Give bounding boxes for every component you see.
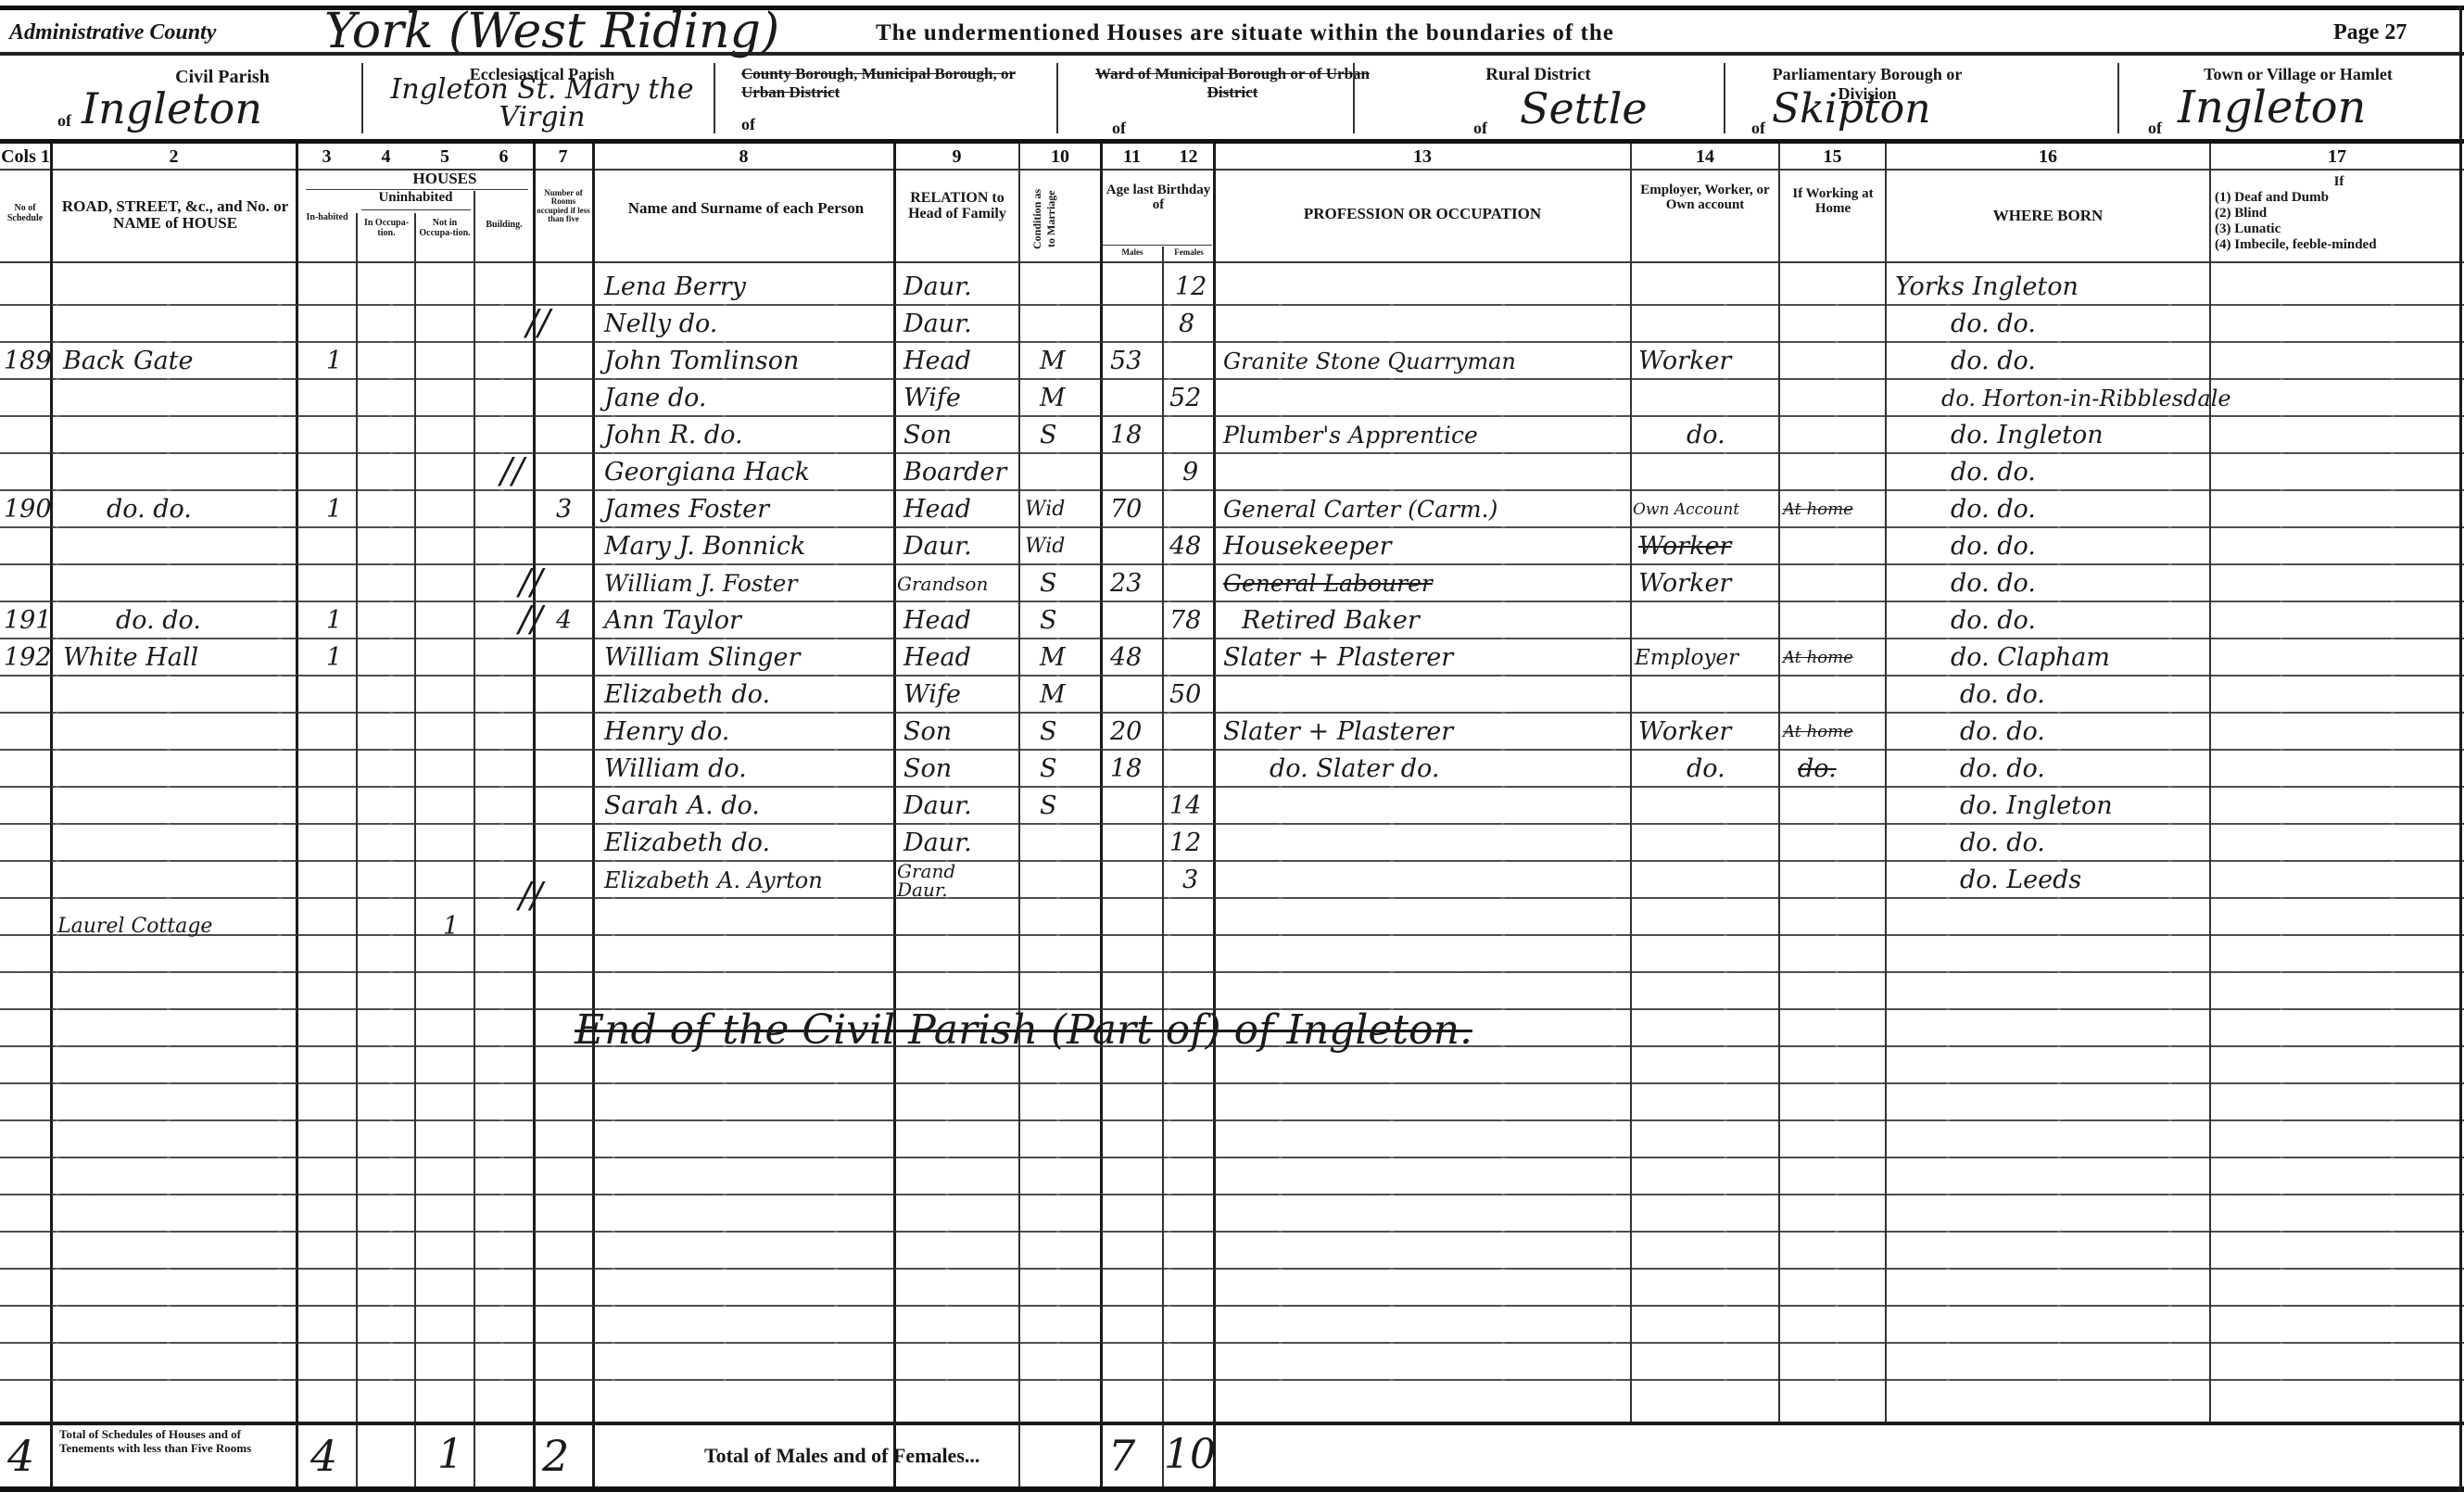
col-number-2: 2 [51, 146, 297, 168]
header-name: Name and Surname of each Person [612, 200, 880, 217]
totals-label: Total of Schedules of Houses and of Tene… [59, 1427, 286, 1455]
age-female: 78 [1169, 602, 1201, 639]
header-not-in-occupation: Not in Occupa-tion. [417, 219, 473, 238]
marital-condition: M [1040, 343, 1066, 380]
inhabited-count: 1 [326, 602, 342, 639]
rooms-count: 4 [556, 602, 572, 639]
col-number-5: 5 [415, 146, 474, 168]
table-row: Georgiana Hack Boarder 9 do. do. [0, 454, 2464, 491]
infirmity-if: If [2215, 174, 2463, 190]
district-value-civil: Ingleton [82, 83, 262, 133]
col-number-16: 16 [1886, 146, 2210, 168]
occupation: do. Slater do. [1270, 751, 1439, 788]
schedule-number: 192 [4, 639, 52, 677]
household-separator-mark: // [500, 450, 524, 491]
header-rooms: Number of Rooms occupied if less than fi… [536, 189, 591, 224]
relation: Son [903, 714, 952, 751]
row-rule [0, 971, 2464, 973]
occupation: General Labourer [1223, 565, 1433, 602]
age-male: 23 [1110, 565, 1142, 602]
employment-status: Worker [1638, 714, 1731, 751]
where-born: do. Clapham [1951, 639, 2110, 677]
relation: Boarder [903, 454, 1006, 491]
house-address: Back Gate [63, 343, 194, 380]
person-name: Jane do. [604, 380, 707, 417]
employment-status: do. [1687, 751, 1725, 788]
col-number-3: 3 [297, 146, 357, 168]
marital-condition: Wid [1025, 491, 1065, 528]
person-name: Georgiana Hack [604, 454, 810, 491]
schedule-number: 189 [4, 343, 52, 380]
person-name: Mary J. Bonnick [604, 528, 805, 565]
district-divider [1056, 63, 1058, 133]
col-number-13: 13 [1214, 146, 1631, 168]
person-name: James Foster [604, 491, 769, 528]
relation: Head [903, 602, 971, 639]
household-separator-mark: // [519, 599, 543, 639]
age-female: 52 [1169, 380, 1201, 417]
where-born: do. do. [1951, 491, 2036, 528]
employment-status: Worker [1638, 565, 1731, 602]
household-separator-mark: // [519, 562, 543, 602]
relation: Head [903, 491, 971, 528]
person-name: John Tomlinson [604, 343, 799, 380]
where-born: do. Horton-in-Ribblesdale [1941, 380, 2231, 417]
title-divider [0, 52, 2464, 56]
district-prefix-town: of [2148, 119, 2162, 138]
occupation: Housekeeper [1223, 528, 1392, 565]
relation: Son [903, 751, 952, 788]
table-row: Elizabeth A. Ayrton Grand Daur. 3 do. Le… [0, 862, 2464, 899]
col-number-8: 8 [593, 146, 894, 168]
col-number-17: 17 [2210, 146, 2464, 168]
relation: Wife [903, 677, 961, 714]
infirmity-4: (4) Imbecile, feeble-minded [2215, 237, 2463, 253]
marital-condition: M [1040, 380, 1066, 417]
header-schedule: No of Schedule [2, 204, 48, 223]
table-row: Sarah A. do. Daur. S 14 do. Ingleton [0, 788, 2464, 825]
employment-status: Worker [1638, 343, 1731, 380]
header-males: Males [1103, 248, 1162, 257]
table-row: William J. Foster Grandson S 23 General … [0, 565, 2464, 602]
header-condition: Condition as to Marriage [1030, 183, 1095, 254]
person-name: Nelly do. [604, 306, 717, 343]
marital-condition: M [1040, 639, 1066, 677]
age-male: 53 [1110, 343, 1142, 380]
age-female: 9 [1182, 454, 1198, 491]
marital-condition: S [1040, 788, 1057, 825]
working-at-home: At home [1783, 639, 1853, 677]
person-name: Elizabeth A. Ayrton [604, 862, 823, 899]
occupation: Slater + Plasterer [1223, 639, 1453, 677]
schedule-number: 191 [4, 602, 52, 639]
header-females: Females [1164, 248, 1214, 257]
district-prefix-civil: of [57, 111, 71, 131]
occupation: Plumber's Apprentice [1223, 417, 1478, 454]
table-row: 189 Back Gate 1 John Tomlinson Head M 53… [0, 343, 2464, 380]
person-name: Lena Berry [604, 269, 746, 306]
page-number: Page 27 [2333, 20, 2407, 45]
where-born: do. do. [1951, 565, 2036, 602]
person-name: John R. do. [604, 417, 743, 454]
relation: Daur. [903, 306, 972, 343]
row-rule [0, 1157, 2464, 1158]
district-label-ward: Ward of Municipal Borough or of Urban Di… [1080, 65, 1385, 102]
employment-status: Worker [1638, 528, 1731, 565]
district-value-eccl: Ingleton St. Mary the Virgin [371, 76, 714, 132]
district-value-rural: Settle [1520, 83, 1648, 133]
where-born: do. do. [1960, 751, 2045, 788]
district-divider [1724, 63, 1725, 133]
relation: Daur. [903, 788, 972, 825]
district-prefix-parliamentary: of [1751, 119, 1765, 138]
row-rule [0, 1119, 2464, 1121]
row-rule [0, 1231, 2464, 1233]
age-male: 20 [1110, 714, 1142, 751]
age-divider [1103, 245, 1212, 246]
working-at-home: do. [1798, 751, 1837, 788]
header-inhabited: In-habited [298, 213, 356, 223]
age-male: 70 [1110, 491, 1142, 528]
age-female: 3 [1182, 862, 1198, 899]
where-born: do. do. [1951, 602, 2036, 639]
age-male: 18 [1110, 751, 1142, 788]
person-name: William do. [604, 751, 747, 788]
total-females: 10 [1164, 1431, 1216, 1478]
row-rule [0, 1194, 2464, 1195]
col-number-9: 9 [894, 146, 1019, 168]
age-female: 14 [1169, 788, 1201, 825]
relation: Grandson [897, 565, 988, 602]
district-divider [1353, 63, 1355, 133]
age-male: 48 [1110, 639, 1142, 677]
inhabited-count: 1 [326, 639, 342, 677]
table-row: 190 do. do. 1 3 James Foster Head Wid 70… [0, 491, 2464, 528]
relation: Daur. [903, 269, 972, 306]
header-uninhabited: Uninhabited [357, 191, 474, 206]
col-number-14: 14 [1631, 146, 1779, 168]
age-female: 48 [1169, 528, 1201, 565]
table-row: Elizabeth do. Daur. 12 do. do. [0, 825, 2464, 862]
infirmity-2: (2) Blind [2215, 206, 2463, 221]
header-top-border [0, 139, 2464, 144]
employment-status: do. [1687, 417, 1725, 454]
total-rooms-less-five: 2 [542, 1431, 569, 1481]
relation: Son [903, 417, 952, 454]
relation: Head [903, 639, 971, 677]
district-divider [2117, 63, 2119, 133]
rooms-count: 3 [556, 491, 572, 528]
age-male: 18 [1110, 417, 1142, 454]
relation: Head [903, 343, 971, 380]
person-name: Elizabeth do. [604, 677, 770, 714]
age-female: 8 [1179, 306, 1194, 343]
col-number-15: 15 [1779, 146, 1886, 168]
where-born: do. do. [1951, 306, 2036, 343]
inhabited-count: 1 [326, 491, 342, 528]
uninhabited-not-in-occupation-count: 1 [443, 908, 459, 945]
total-males-females-label: Total of Males and of Females... [704, 1444, 979, 1468]
employment-status: Own Account [1633, 491, 1739, 528]
table-row: 192 White Hall 1 William Slinger Head M … [0, 639, 2464, 677]
marital-condition: M [1040, 677, 1066, 714]
total-inhabited: 4 [310, 1431, 337, 1481]
person-name: William J. Foster [604, 565, 797, 602]
header-relation: RELATION to Head of Family [897, 191, 1017, 222]
occupation: Granite Stone Quarryman [1223, 343, 1516, 380]
person-name: Elizabeth do. [604, 825, 770, 862]
employment-status: Employer [1635, 639, 1738, 677]
district-label-county-borough: County Borough, Municipal Borough, or Ur… [741, 65, 1038, 102]
infirmity-3: (3) Lunatic [2215, 221, 2463, 237]
age-female: 50 [1169, 677, 1201, 714]
table-row: Elizabeth do. Wife M 50 do. do. [0, 677, 2464, 714]
district-label-rural: Rural District [1418, 65, 1659, 85]
marital-condition: S [1040, 602, 1057, 639]
where-born: do. do. [1951, 528, 2036, 565]
district-value-town: Ingleton [2178, 82, 2366, 133]
row-rule [0, 1379, 2464, 1381]
right-border [2459, 6, 2462, 1492]
row-rule [0, 1342, 2464, 1344]
person-name: William Slinger [604, 639, 800, 677]
totals-row: 4 Total of Schedules of Houses and of Te… [0, 1425, 2464, 1488]
where-born: Yorks Ingleton [1895, 269, 2079, 306]
person-name: Sarah A. do. [604, 788, 760, 825]
header-building: Building. [476, 221, 532, 231]
district-divider [361, 63, 363, 133]
district-prefix-rural: of [1473, 119, 1487, 138]
header-houses: HOUSES [357, 171, 533, 187]
col-number-10: 10 [1019, 146, 1101, 168]
table-row: Lena Berry Daur. 12 Yorks Ingleton [0, 269, 2464, 306]
header-age: Age last Birthday of [1105, 183, 1212, 213]
marital-condition: S [1040, 751, 1057, 788]
table-row: 191 do. do. 1 4 Ann Taylor Head S 78 Ret… [0, 602, 2464, 639]
district-value-parliamentary: Skipton [1772, 85, 1931, 133]
marital-condition: S [1040, 417, 1057, 454]
total-schedules: 4 [7, 1431, 34, 1481]
totals-bottom-border [0, 1486, 2464, 1492]
row-rule [0, 1268, 2464, 1270]
col-number-1: Cols 1 [0, 146, 51, 168]
districts-bar: Civil Parish of Ingleton Ecclesiastical … [0, 57, 2464, 139]
person-name: Ann Taylor [604, 602, 741, 639]
total-uninhabited: 1 [437, 1431, 463, 1478]
house-address: do. do. [107, 491, 192, 528]
col-number-7: 7 [533, 146, 593, 168]
end-of-parish-note: End of the Civil Parish (Part of) of Ing… [575, 1006, 1472, 1054]
col-number-4: 4 [357, 146, 415, 168]
uninhabited-divider [361, 209, 471, 210]
relation: Daur. [903, 528, 972, 565]
household-separator-mark: // [519, 875, 543, 916]
row-rule [0, 1305, 2464, 1307]
total-males: 7 [1108, 1431, 1135, 1481]
admin-county-label: Administrative County [9, 20, 216, 45]
banner-text: The undermentioned Houses are situate wi… [876, 20, 1614, 46]
relation: Wife [903, 380, 961, 417]
header-employer: Employer, Worker, or Own account [1635, 183, 1775, 213]
working-at-home: At home [1783, 491, 1853, 528]
header-occupation: PROFESSION OR OCCUPATION [1223, 206, 1622, 222]
occupation: Slater + Plasterer [1223, 714, 1453, 751]
table-row: Jane do. Wife M 52 do. Horton-in-Ribbles… [0, 380, 2464, 417]
district-prefix-ward: of [1112, 119, 1126, 138]
infirmity-1: (1) Deaf and Dumb [2215, 190, 2463, 206]
table-row: Laurel Cottage 1 [0, 908, 2464, 945]
where-born: do. Ingleton [1960, 788, 2113, 825]
marital-condition: S [1040, 565, 1057, 602]
header-where-born: WHERE BORN [1890, 208, 2205, 224]
header-road: ROAD, STREET, &c., and No. or NAME of HO… [56, 198, 295, 232]
person-name: Henry do. [604, 714, 729, 751]
where-born: do. do. [1960, 825, 2045, 862]
table-row: Henry do. Son S 20 Slater + Plasterer Wo… [0, 714, 2464, 751]
marital-condition: Wid [1025, 528, 1065, 565]
header-bottom-border [0, 261, 2464, 263]
where-born: do. Leeds [1960, 862, 2081, 899]
house-address: do. do. [116, 602, 201, 639]
district-prefix-county-borough: of [741, 115, 755, 134]
inhabited-count: 1 [326, 343, 342, 380]
working-at-home: At home [1783, 714, 1853, 751]
col-number-6: 6 [474, 146, 533, 168]
where-born: do. do. [1960, 677, 2045, 714]
occupation: Retired Baker [1242, 602, 1420, 639]
col-number-12: 12 [1163, 146, 1214, 168]
admin-county-value: York (West Riding) [324, 4, 779, 59]
age-female: 12 [1169, 825, 1201, 862]
house-address: Laurel Cottage [57, 908, 212, 945]
age-female: 12 [1175, 269, 1207, 306]
where-born: do. do. [1960, 714, 2045, 751]
header-infirmity: If (1) Deaf and Dumb (2) Blind (3) Lunat… [2215, 174, 2463, 253]
relation: Daur. [903, 825, 972, 862]
col-number-11: 11 [1101, 146, 1163, 168]
schedule-number: 190 [4, 491, 52, 528]
table-row: Mary J. Bonnick Daur. Wid 48 Housekeeper… [0, 528, 2464, 565]
relation: Grand Daur. [897, 862, 999, 899]
occupation: General Carter (Carm.) [1223, 491, 1497, 528]
household-separator-mark: // [526, 302, 550, 343]
row-rule [0, 1082, 2464, 1084]
table-row: William do. Son S 18 do. Slater do. do. … [0, 751, 2464, 788]
where-born: do. Ingleton [1951, 417, 2104, 454]
header-in-occupation: In Occupa-tion. [360, 219, 413, 238]
where-born: do. do. [1951, 454, 2036, 491]
district-divider [714, 63, 715, 133]
table-row: John R. do. Son S 18 Plumber's Apprentic… [0, 417, 2464, 454]
header-at-home: If Working at Home [1783, 187, 1883, 217]
marital-condition: S [1040, 714, 1057, 751]
table-row: Nelly do. Daur. 8 do. do. [0, 306, 2464, 343]
where-born: do. do. [1951, 343, 2036, 380]
house-address: White Hall [63, 639, 198, 677]
